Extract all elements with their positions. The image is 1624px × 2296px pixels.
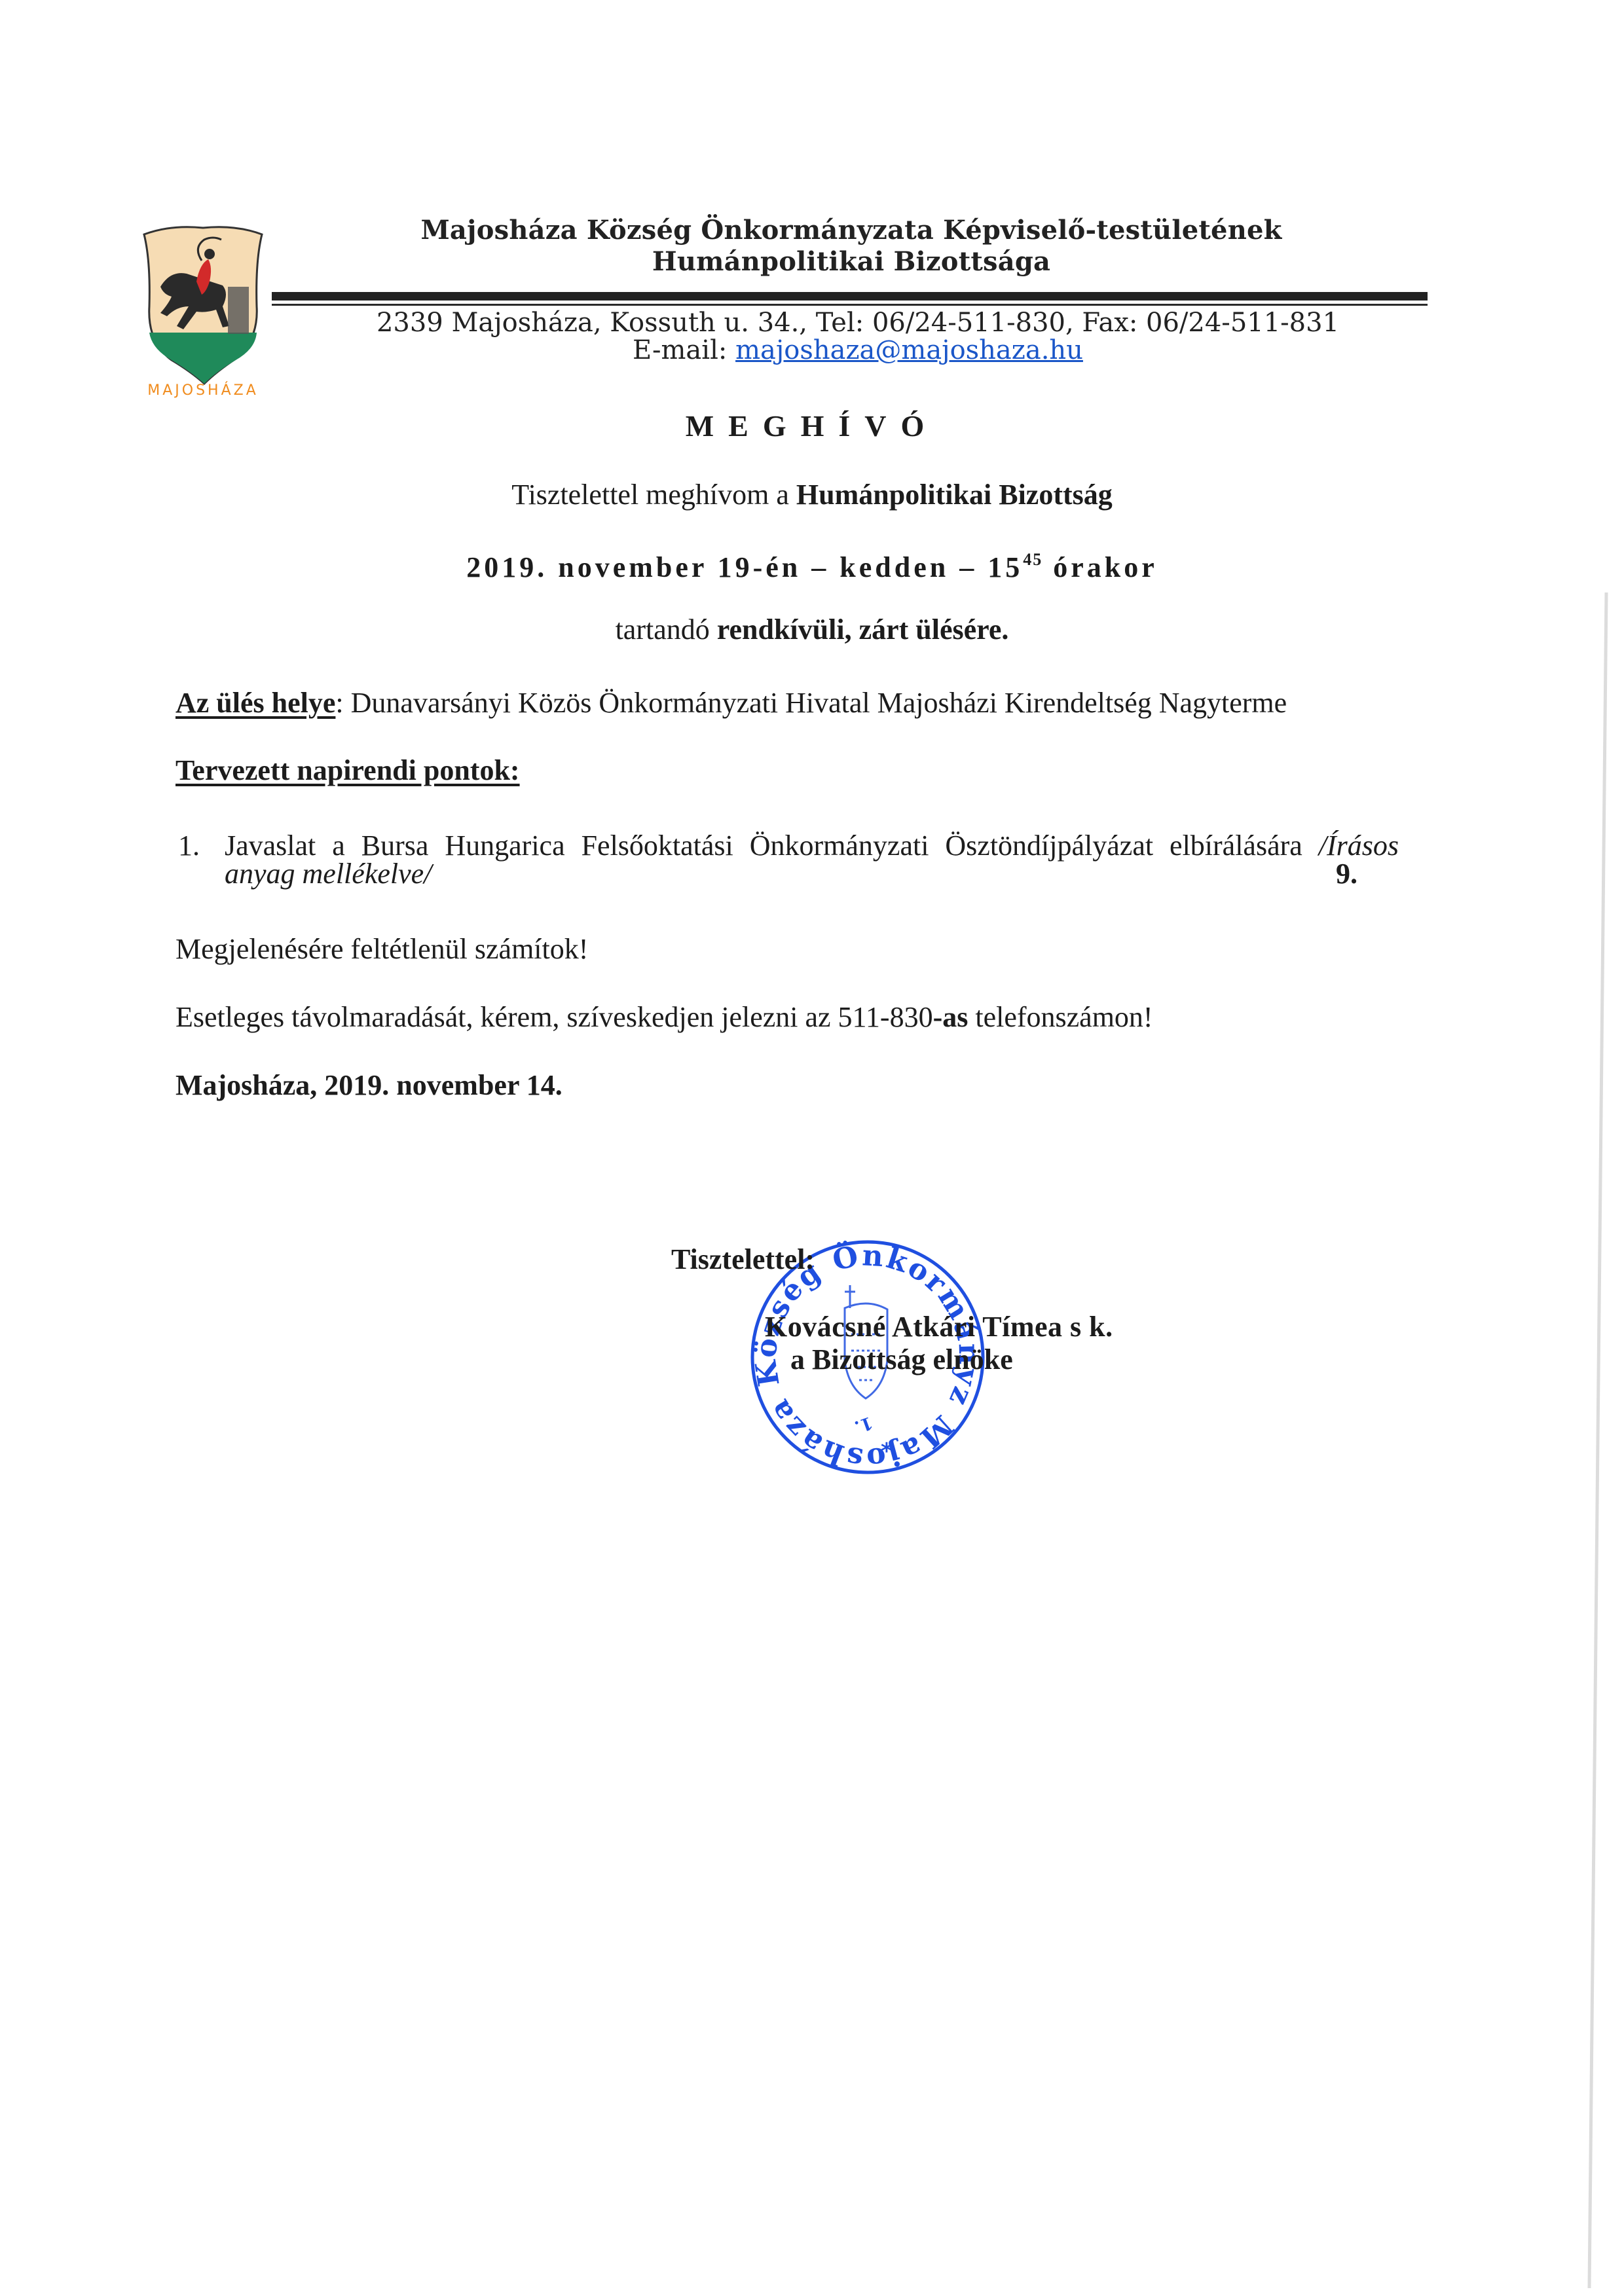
coat-of-arms-icon: MAJOSHÁZA xyxy=(131,208,275,398)
svg-text:*: * xyxy=(881,1438,893,1465)
agenda-item-number: 1. xyxy=(178,831,200,860)
session-kind: rendkívüli, zárt ülésére. xyxy=(717,613,1009,646)
signatory-role: a Bizottság elnöke xyxy=(790,1345,1013,1374)
time-suffix: órakor xyxy=(1043,551,1158,583)
date-text: 2019. november 19-én – kedden – 15 xyxy=(466,551,1023,583)
absence-text: Esetleges távolmaradását, kérem, szívesk… xyxy=(175,1001,933,1033)
time-minutes: 45 xyxy=(1023,550,1043,569)
venue-label: Az ülés helye xyxy=(175,687,335,719)
committee-name: Humánpolitikai Bizottság xyxy=(796,479,1113,511)
email-label: E-mail: xyxy=(633,335,735,365)
agenda-item-page: 9. xyxy=(1336,860,1357,888)
agenda-heading: Tervezett napirendi pontok: xyxy=(175,756,520,785)
agenda-item: Javaslat a Bursa Hungarica Felsőoktatási… xyxy=(225,831,1399,860)
organization-title: Majosháza Község Önkormányzata Képviselő… xyxy=(275,217,1428,244)
header-divider xyxy=(272,292,1428,301)
signatory-name: Kovácsné Atkári Tímea s k. xyxy=(765,1313,1113,1341)
svg-text:1.: 1. xyxy=(852,1412,876,1436)
email-link[interactable]: majoshaza@majoshaza.hu xyxy=(735,335,1083,365)
closing-salutation: Tisztelettel: xyxy=(671,1245,815,1274)
session-type: tartandó rendkívüli, zárt ülésére. xyxy=(0,615,1624,644)
place-and-date: Majosháza, 2019. november 14. xyxy=(175,1071,563,1100)
absence-text-end: telefonszámon! xyxy=(968,1001,1153,1033)
venue-value: Dunavarsányi Közös Önkormányzati Hivatal… xyxy=(351,687,1287,719)
absence-note: Esetleges távolmaradását, kérem, szívesk… xyxy=(175,1003,1153,1032)
session-prefix: tartandó xyxy=(616,613,717,646)
svg-text:MAJOSHÁZA: MAJOSHÁZA xyxy=(147,382,259,398)
contact-email-line: E-mail: majoshaza@majoshaza.hu xyxy=(262,337,1454,363)
venue-colon: : xyxy=(335,687,350,719)
header-divider-thin xyxy=(272,304,1428,306)
contact-address: 2339 Majosháza, Kossuth u. 34., Tel: 06/… xyxy=(262,310,1454,336)
invitation-line: Tisztelettel meghívom a Humánpolitikai B… xyxy=(0,481,1624,509)
committee-title: Humánpolitikai Bizottsága xyxy=(275,249,1428,275)
agenda-item-text: Javaslat a Bursa Hungarica Felsőoktatási… xyxy=(225,829,1319,862)
agenda-item-note-cont: anyag mellékelve/ xyxy=(225,860,432,888)
meeting-date: 2019. november 19-én – kedden – 1545 óra… xyxy=(0,551,1624,582)
invitation-text: Tisztelettel meghívom a xyxy=(511,479,796,511)
absence-suffix-bold: -as xyxy=(933,1001,969,1033)
attendance-note: Megjelenésére feltétlenül számítok! xyxy=(175,935,588,964)
document-heading: MEGHÍVÓ xyxy=(0,411,1624,441)
venue-line: Az ülés helye: Dunavarsányi Közös Önkorm… xyxy=(175,689,1287,718)
agenda-item-note: /Írásos xyxy=(1319,829,1399,862)
